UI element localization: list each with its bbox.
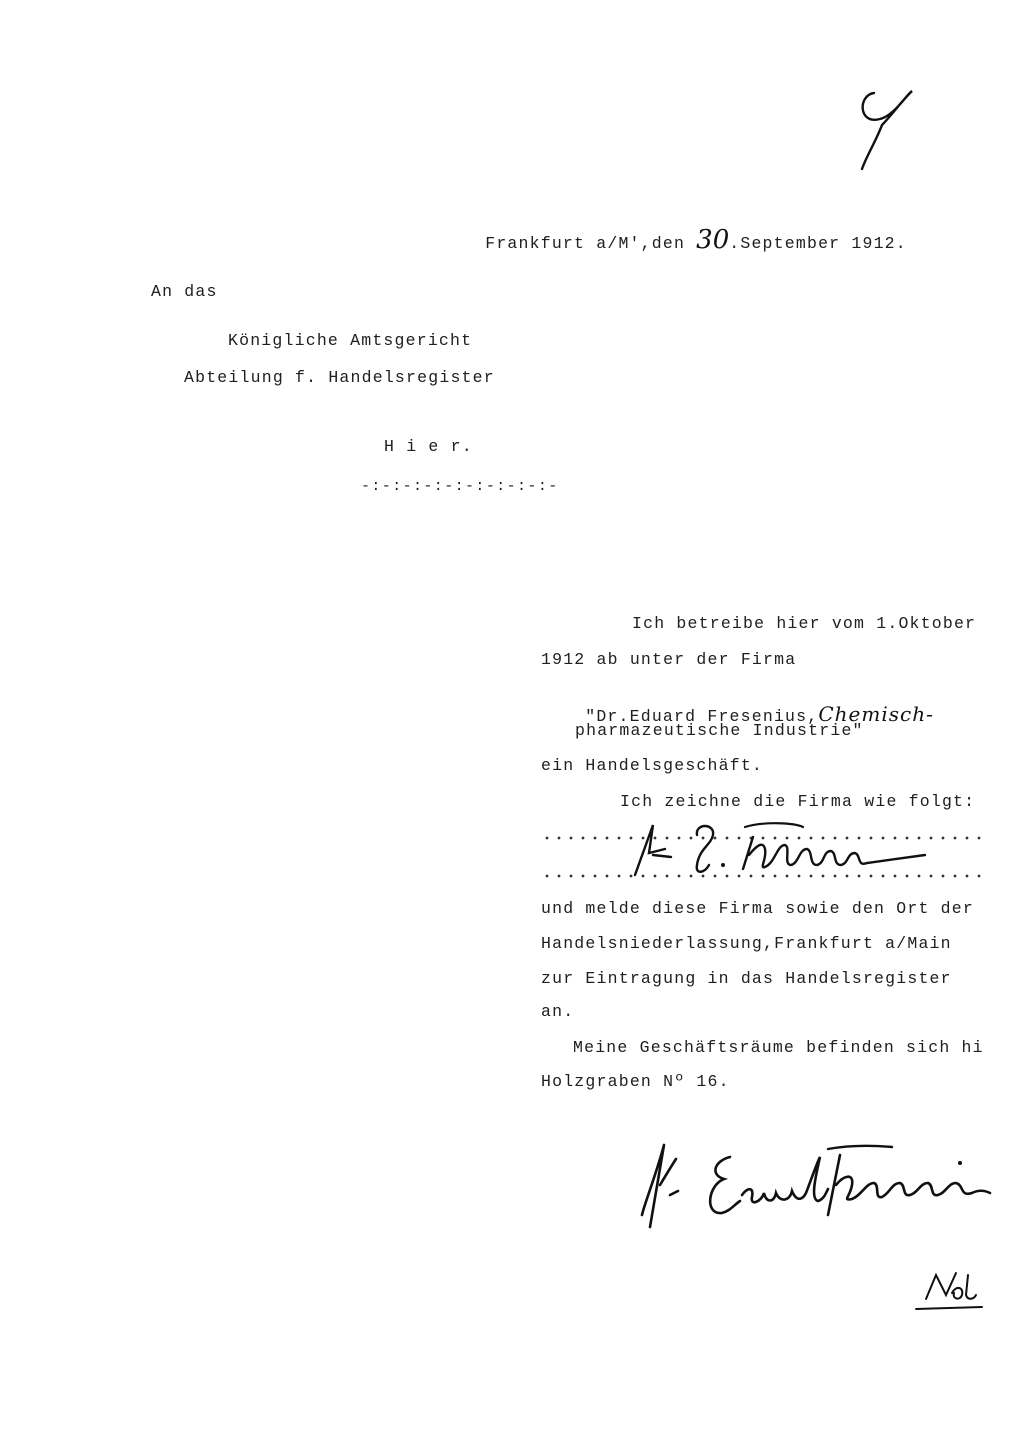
body-line-2: 1912 ab unter der Firma [541, 650, 796, 670]
dateline-rest: .September 1912. [729, 234, 907, 253]
recipient-line-1: Königliche Amtsgericht [228, 331, 472, 351]
body-line-9: zur Eintragung in das Handelsregister [541, 969, 952, 989]
salutation: An das [151, 282, 218, 302]
body-line-7: und melde diese Firma sowie den Ort der [541, 899, 974, 919]
firm-signature [625, 815, 965, 885]
recipient-locality: H i e r. [384, 437, 473, 457]
signature [630, 1135, 1000, 1245]
handwritten-page-number [840, 85, 920, 175]
body-line-1: Ich betreibe hier vom 1.Oktober [632, 614, 976, 634]
body-line-8: Handelsniederlassung,Frankfurt a/Main [541, 934, 952, 954]
body-line-12: Holzgraben Nº 16. [541, 1072, 730, 1092]
initials [912, 1265, 988, 1315]
body-line-6: Ich zeichne die Firma wie folgt: [620, 792, 975, 812]
dateline: Frankfurt a/M',den 30.September 1912. [463, 210, 907, 254]
recipient-line-2: Abteilung f. Handelsregister [184, 368, 495, 388]
body-line-5: ein Handelsgeschäft. [541, 756, 763, 776]
body-line-10: an. [541, 1002, 574, 1022]
dateline-day-handwritten: 30 [696, 225, 729, 255]
body-line-11: Meine Geschäftsräume befinden sich hi [573, 1038, 984, 1058]
dateline-place: Frankfurt a/M',den [485, 234, 696, 253]
body-line-4: pharmazeutische Industrie" [575, 721, 864, 741]
separator-line: -:-:-:-:-:-:-:-:-:- [361, 477, 559, 497]
